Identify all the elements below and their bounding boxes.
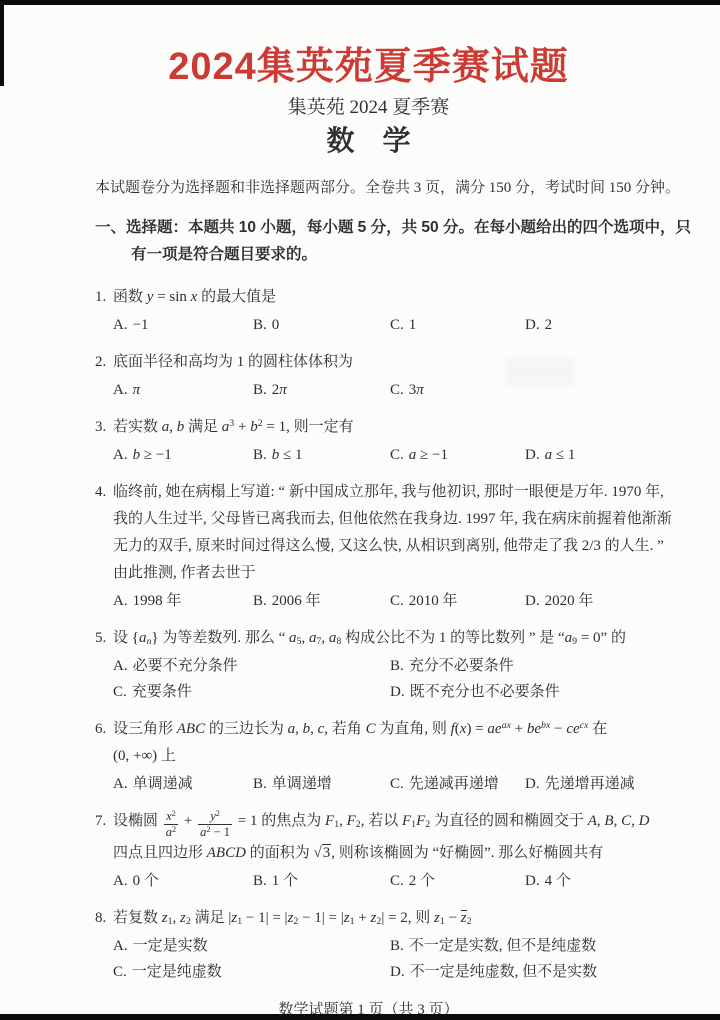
option-B: B.充分不必要条件 bbox=[390, 654, 642, 679]
question-number: 7. bbox=[95, 808, 106, 835]
question-stem: 底面半径和高均为 1 的圆柱体体积为 bbox=[113, 349, 642, 376]
question-8: 8.若复数 z1, z2 满足 |z1 − 1| = |z2 − 1| = |z… bbox=[95, 905, 642, 985]
option-D: D.先递增再递减 bbox=[525, 772, 642, 797]
exam-page: 2024集英苑夏季赛试题 集英苑 2024 夏季赛 数 学 本试题卷分为选择题和… bbox=[0, 46, 720, 1020]
question-options: A.b ≥ −1B.b ≤ 1C.a ≥ −1D.a ≤ 1 bbox=[113, 443, 642, 468]
question-6: 6.设三角形 ABC 的三边长为 a, b, c, 若角 C 为直角, 则 f(… bbox=[95, 716, 642, 797]
question-options: A.0 个B.1 个C.2 个D.4 个 bbox=[113, 869, 642, 894]
question-options: A.πB.2πC.3π bbox=[113, 378, 642, 403]
question-3: 3.若实数 a, b 满足 a3 + b2 = 1, 则一定有A.b ≥ −1B… bbox=[95, 414, 642, 468]
option-A: A.0 个 bbox=[113, 869, 253, 894]
option-B: B.2π bbox=[253, 378, 390, 403]
option-A: A.1998 年 bbox=[113, 589, 253, 614]
question-number: 5. bbox=[95, 625, 106, 652]
page-edge-left bbox=[0, 0, 4, 86]
option-B: B.不一定是实数, 但不是纯虚数 bbox=[390, 934, 642, 959]
questions: 1.函数 y = sin x 的最大值是A.−1B.0C.1D.22.底面半径和… bbox=[95, 284, 642, 986]
option-B: B.单调递增 bbox=[253, 772, 390, 797]
option-A: A.π bbox=[113, 378, 253, 403]
exam-subtitle: 集英苑 2024 夏季赛 bbox=[95, 97, 642, 119]
option-D: D.4 个 bbox=[525, 869, 642, 894]
question-2: 2.底面半径和高均为 1 的圆柱体体积为A.πB.2πC.3π bbox=[95, 349, 642, 403]
question-options: A.必要不充分条件B.充分不必要条件C.充要条件D.既不充分也不必要条件 bbox=[113, 654, 642, 705]
option-C: C.a ≥ −1 bbox=[390, 443, 525, 468]
option-C: C.3π bbox=[390, 378, 525, 403]
question-options: A.−1B.0C.1D.2 bbox=[113, 313, 642, 338]
question-number: 2. bbox=[95, 349, 106, 376]
question-number: 4. bbox=[95, 479, 106, 506]
question-1: 1.函数 y = sin x 的最大值是A.−1B.0C.1D.2 bbox=[95, 284, 642, 338]
question-7: 7.设椭圆 x2a2 + y2a2 − 1 = 1 的焦点为 F1, F2, 若… bbox=[95, 808, 642, 895]
option-D: D.2 bbox=[525, 313, 642, 338]
question-5: 5.设 {an} 为等差数列. 那么 “ a5, a7, a8 构成公比不为 1… bbox=[95, 625, 642, 705]
option-C: C.先递减再递增 bbox=[390, 772, 525, 797]
page-edge-top bbox=[0, 0, 720, 5]
option-B: B.1 个 bbox=[253, 869, 390, 894]
question-options: A.单调递减B.单调递增C.先递减再递增D.先递增再递减 bbox=[113, 772, 642, 797]
option-D: D.2020 年 bbox=[525, 589, 642, 614]
option-A: A.−1 bbox=[113, 313, 253, 338]
page-title: 2024集英苑夏季赛试题 bbox=[95, 46, 642, 88]
question-stem: 设三角形 ABC 的三边长为 a, b, c, 若角 C 为直角, 则 f(x)… bbox=[113, 716, 642, 770]
question-4: 4.临终前, 她在病榻上写道: “ 新中国成立那年, 我与他初识, 那时一眼便是… bbox=[95, 479, 642, 614]
option-A: A.一定是实数 bbox=[113, 934, 390, 959]
option-C: C.充要条件 bbox=[113, 680, 390, 705]
option-A: A.必要不充分条件 bbox=[113, 654, 390, 679]
option-D: D.a ≤ 1 bbox=[525, 443, 642, 468]
option-A: A.单调递减 bbox=[113, 772, 253, 797]
question-number: 6. bbox=[95, 716, 106, 743]
question-number: 1. bbox=[95, 284, 106, 311]
question-stem: 若实数 a, b 满足 a3 + b2 = 1, 则一定有 bbox=[113, 414, 642, 441]
question-options: A.1998 年B.2006 年C.2010 年D.2020 年 bbox=[113, 589, 642, 614]
option-C: C.1 bbox=[390, 313, 525, 338]
question-options: A.一定是实数B.不一定是实数, 但不是纯虚数C.一定是纯虚数D.不一定是纯虚数… bbox=[113, 934, 642, 985]
option-B: B.b ≤ 1 bbox=[253, 443, 390, 468]
question-number: 8. bbox=[95, 905, 106, 932]
question-stem: 函数 y = sin x 的最大值是 bbox=[113, 284, 642, 311]
option-B: B.2006 年 bbox=[253, 589, 390, 614]
option-B: B.0 bbox=[253, 313, 390, 338]
option-C: C.2 个 bbox=[390, 869, 525, 894]
question-stem: 设椭圆 x2a2 + y2a2 − 1 = 1 的焦点为 F1, F2, 若以 … bbox=[113, 808, 642, 868]
question-stem: 设 {an} 为等差数列. 那么 “ a5, a7, a8 构成公比不为 1 的… bbox=[113, 625, 642, 652]
option-C: C.2010 年 bbox=[390, 589, 525, 614]
option-C: C.一定是纯虚数 bbox=[113, 960, 390, 985]
question-number: 3. bbox=[95, 414, 106, 441]
exam-intro: 本试题卷分为选择题和非选择题两部分。全卷共 3 页，满分 150 分，考试时间 … bbox=[95, 178, 642, 199]
option-A: A.b ≥ −1 bbox=[113, 443, 253, 468]
option-D: D.不一定是纯虚数, 但不是实数 bbox=[390, 960, 642, 985]
option-D: D.既不充分也不必要条件 bbox=[390, 680, 642, 705]
page-edge-bottom bbox=[0, 1014, 720, 1020]
question-stem: 若复数 z1, z2 满足 |z1 − 1| = |z2 − 1| = |z1 … bbox=[113, 905, 642, 932]
question-stem: 临终前, 她在病榻上写道: “ 新中国成立那年, 我与他初识, 那时一眼便是万年… bbox=[113, 479, 642, 587]
subject-title: 数 学 bbox=[95, 126, 642, 158]
section-header: 一、选择题：本题共 10 小题，每小题 5 分，共 50 分。在每小题给出的四个… bbox=[95, 214, 642, 268]
